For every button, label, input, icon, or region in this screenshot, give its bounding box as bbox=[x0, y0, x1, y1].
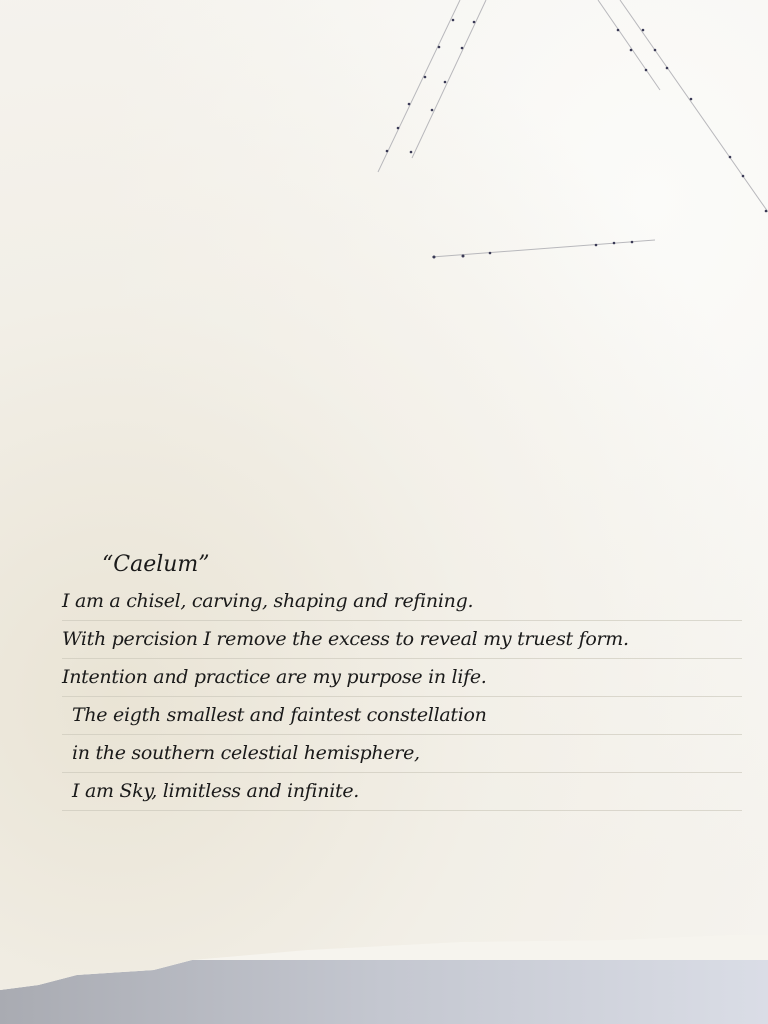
poem-line: I am Sky, limitless and infinite. bbox=[62, 773, 742, 811]
poem-line: With percision I remove the excess to re… bbox=[62, 621, 742, 659]
poem-line: The eigth smallest and faintest constell… bbox=[62, 697, 742, 735]
poem-title: “Caelum” bbox=[102, 552, 742, 577]
poem-line: I am a chisel, carving, shaping and refi… bbox=[62, 583, 742, 621]
handwritten-poem: “Caelum” I am a chisel, carving, shaping… bbox=[62, 552, 742, 811]
stitched-triangle bbox=[0, 0, 768, 300]
poem-line: Intention and practice are my purpose in… bbox=[62, 659, 742, 697]
poem-line: in the southern celestial hemisphere, bbox=[62, 735, 742, 773]
